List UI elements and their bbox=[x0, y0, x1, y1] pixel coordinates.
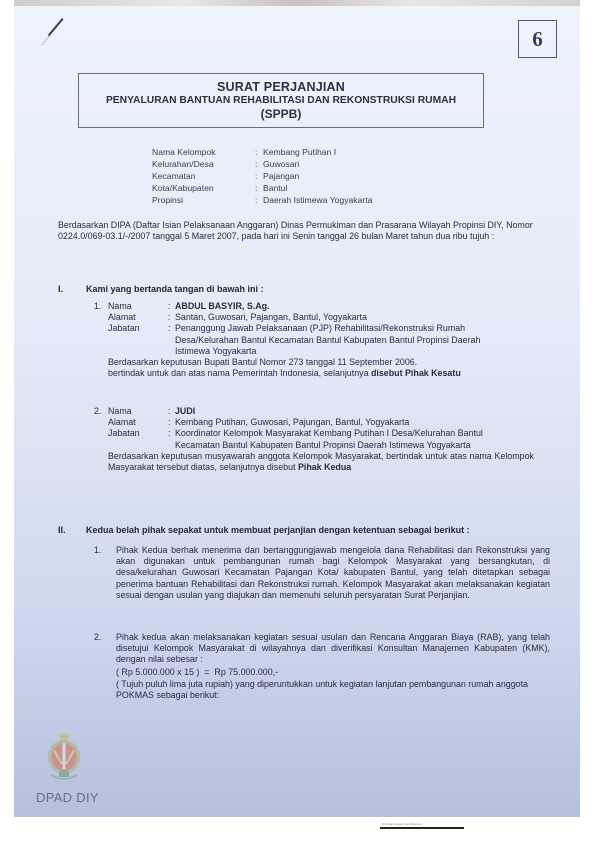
meta-value: Guwosari bbox=[263, 158, 299, 170]
clause-number: 2. bbox=[94, 632, 116, 701]
meta-separator: : bbox=[255, 170, 263, 182]
field-label: Alamat bbox=[108, 417, 168, 428]
meta-separator: : bbox=[255, 146, 263, 158]
meta-label: Kelurahan/Desa bbox=[152, 158, 255, 170]
party-1-role: bertindak untuk dan atas nama Pemerintah… bbox=[108, 368, 534, 379]
party-1-decree: Berdasarkan keputusan Bupati Bantul Nomo… bbox=[108, 357, 534, 368]
meta-separator: : bbox=[255, 158, 263, 170]
meta-value: Kembang Putihan I bbox=[263, 146, 336, 158]
clause-text: Pihak Kedua berhak menerima dan bertangg… bbox=[116, 545, 550, 601]
logo-text: DPAD DIY bbox=[36, 790, 99, 805]
meta-label: Kecamatan bbox=[152, 170, 255, 182]
party-1-name-row: 1. Nama : ABDUL BASYIR, S.Ag. bbox=[94, 301, 534, 312]
field-separator: : bbox=[168, 417, 175, 428]
party-1-role-text: bertindak untuk dan atas nama Pemerintah… bbox=[108, 368, 371, 378]
clause-2-body: Pihak kedua akan melaksanakan kegiatan s… bbox=[116, 632, 550, 701]
section-number: I. bbox=[58, 284, 63, 294]
meta-row-province: Propinsi : Daerah Istimewa Yogyakarta bbox=[152, 194, 372, 206]
party-2: 2. Nama : JUDI Alamat : Kembang Putihan,… bbox=[94, 406, 534, 473]
party-2-address: Kembang Putihan, Guwosari, Pajungan, Ban… bbox=[175, 417, 534, 428]
party-2-position-row: Jabatan : Koordinator Kelompok Masyaraka… bbox=[94, 428, 534, 450]
party-1-designation: disebut Pihak Kesatu bbox=[371, 368, 461, 378]
meta-separator: : bbox=[255, 182, 263, 194]
scanner-underline bbox=[380, 827, 464, 829]
party-1-position: Penanggung Jawab Pelaksanaan (PJP) Rehab… bbox=[175, 323, 534, 357]
clause-number: 1. bbox=[94, 545, 116, 601]
meta-row-village: Kelurahan/Desa : Guwosari bbox=[152, 158, 372, 170]
title-box: SURAT PERJANJIAN PENYALURAN BANTUAN REHA… bbox=[78, 73, 484, 128]
footer-dots: . . bbox=[436, 810, 456, 817]
party-2-designation: Pihak Kedua bbox=[298, 462, 351, 472]
meta-row-group-name: Nama Kelompok : Kembang Putihan I bbox=[152, 146, 372, 158]
section-title: Kami yang bertanda tangan di bawah ini : bbox=[86, 284, 264, 294]
meta-label: Kota/Kabupaten bbox=[152, 182, 255, 194]
party-1-basis: Berdasarkan keputusan Bupati Bantul Nomo… bbox=[94, 357, 534, 379]
document-subtitle: PENYALURAN BANTUAN REHABILITASI DAN REKO… bbox=[79, 95, 483, 106]
party-1-position-row: Jabatan : Penanggung Jawab Pelaksanaan (… bbox=[94, 323, 534, 357]
meta-separator: : bbox=[255, 194, 263, 206]
party-1-address: Santan, Guwosari, Pajangan, Bantul, Yogy… bbox=[175, 312, 534, 323]
document-title: SURAT PERJANJIAN bbox=[79, 80, 483, 94]
field-separator: : bbox=[168, 323, 175, 357]
party-2-name: JUDI bbox=[175, 406, 534, 417]
party-2-name-row: 2. Nama : JUDI bbox=[94, 406, 534, 417]
field-separator: : bbox=[168, 428, 175, 450]
page-number-box: 6 bbox=[518, 20, 557, 58]
party-2-address-row: Alamat : Kembang Putihan, Guwosari, Paju… bbox=[94, 417, 534, 428]
meta-label: Propinsi bbox=[152, 194, 255, 206]
party-1-address-row: Alamat : Santan, Guwosari, Pajangan, Ban… bbox=[94, 312, 534, 323]
field-label: Jabatan bbox=[108, 428, 168, 450]
party-2-basis: Berdasarkan keputusan musyawarah anggota… bbox=[94, 451, 534, 473]
field-label: Nama bbox=[108, 406, 168, 417]
meta-row-district: Kecamatan : Pajangan bbox=[152, 170, 372, 182]
party-1-name: ABDUL BASYIR, S.Ag. bbox=[175, 301, 534, 312]
party-number: 1. bbox=[94, 301, 108, 312]
amount-calculation: ( Rp 5.000.000 x 15 ) = Rp 75.000.000,- bbox=[116, 667, 550, 678]
section-number: II. bbox=[58, 525, 66, 535]
party-2-position: Koordinator Kelompok Masyarakat Kembang … bbox=[175, 428, 534, 450]
party-number: 2. bbox=[94, 406, 108, 417]
meta-value: Daerah Istimewa Yogyakarta bbox=[263, 194, 372, 206]
field-label: Alamat bbox=[108, 312, 168, 323]
document-abbreviation: (SPPB) bbox=[79, 107, 483, 121]
scanner-note: Dipindai dengan CamScanner bbox=[382, 822, 422, 826]
clause-text: Pihak kedua akan melaksanakan kegiatan s… bbox=[116, 632, 550, 666]
intro-paragraph: Berdasarkan DIPA (Daftar Isian Pelaksana… bbox=[58, 220, 558, 242]
clause-1: 1. Pihak Kedua berhak menerima dan berta… bbox=[94, 545, 550, 601]
meta-value: Pajangan bbox=[263, 170, 299, 182]
document-page: 6 SURAT PERJANJIAN PENYALURAN BANTUAN RE… bbox=[14, 0, 580, 817]
meta-row-regency: Kota/Kabupaten : Bantul bbox=[152, 182, 372, 194]
section-title: Kedua belah pihak sepakat untuk membuat … bbox=[86, 525, 470, 535]
pen-mark bbox=[48, 18, 64, 36]
field-separator: : bbox=[168, 406, 175, 417]
meta-value: Bantul bbox=[263, 182, 287, 194]
dpad-diy-emblem-icon bbox=[44, 730, 84, 782]
field-label: Jabatan bbox=[108, 323, 168, 357]
amount-in-words: ( Tujuh puluh lima juta rupiah) yang dip… bbox=[116, 679, 550, 701]
pen-dots bbox=[42, 35, 60, 53]
party-1: 1. Nama : ABDUL BASYIR, S.Ag. Alamat : S… bbox=[94, 301, 534, 379]
field-separator: : bbox=[168, 301, 175, 312]
clause-2: 2. Pihak kedua akan melaksanakan kegiata… bbox=[94, 632, 550, 701]
field-label: Nama bbox=[108, 301, 168, 312]
page-number: 6 bbox=[532, 27, 543, 52]
group-info: Nama Kelompok : Kembang Putihan I Kelura… bbox=[152, 146, 372, 206]
meta-label: Nama Kelompok bbox=[152, 146, 255, 158]
field-separator: : bbox=[168, 312, 175, 323]
